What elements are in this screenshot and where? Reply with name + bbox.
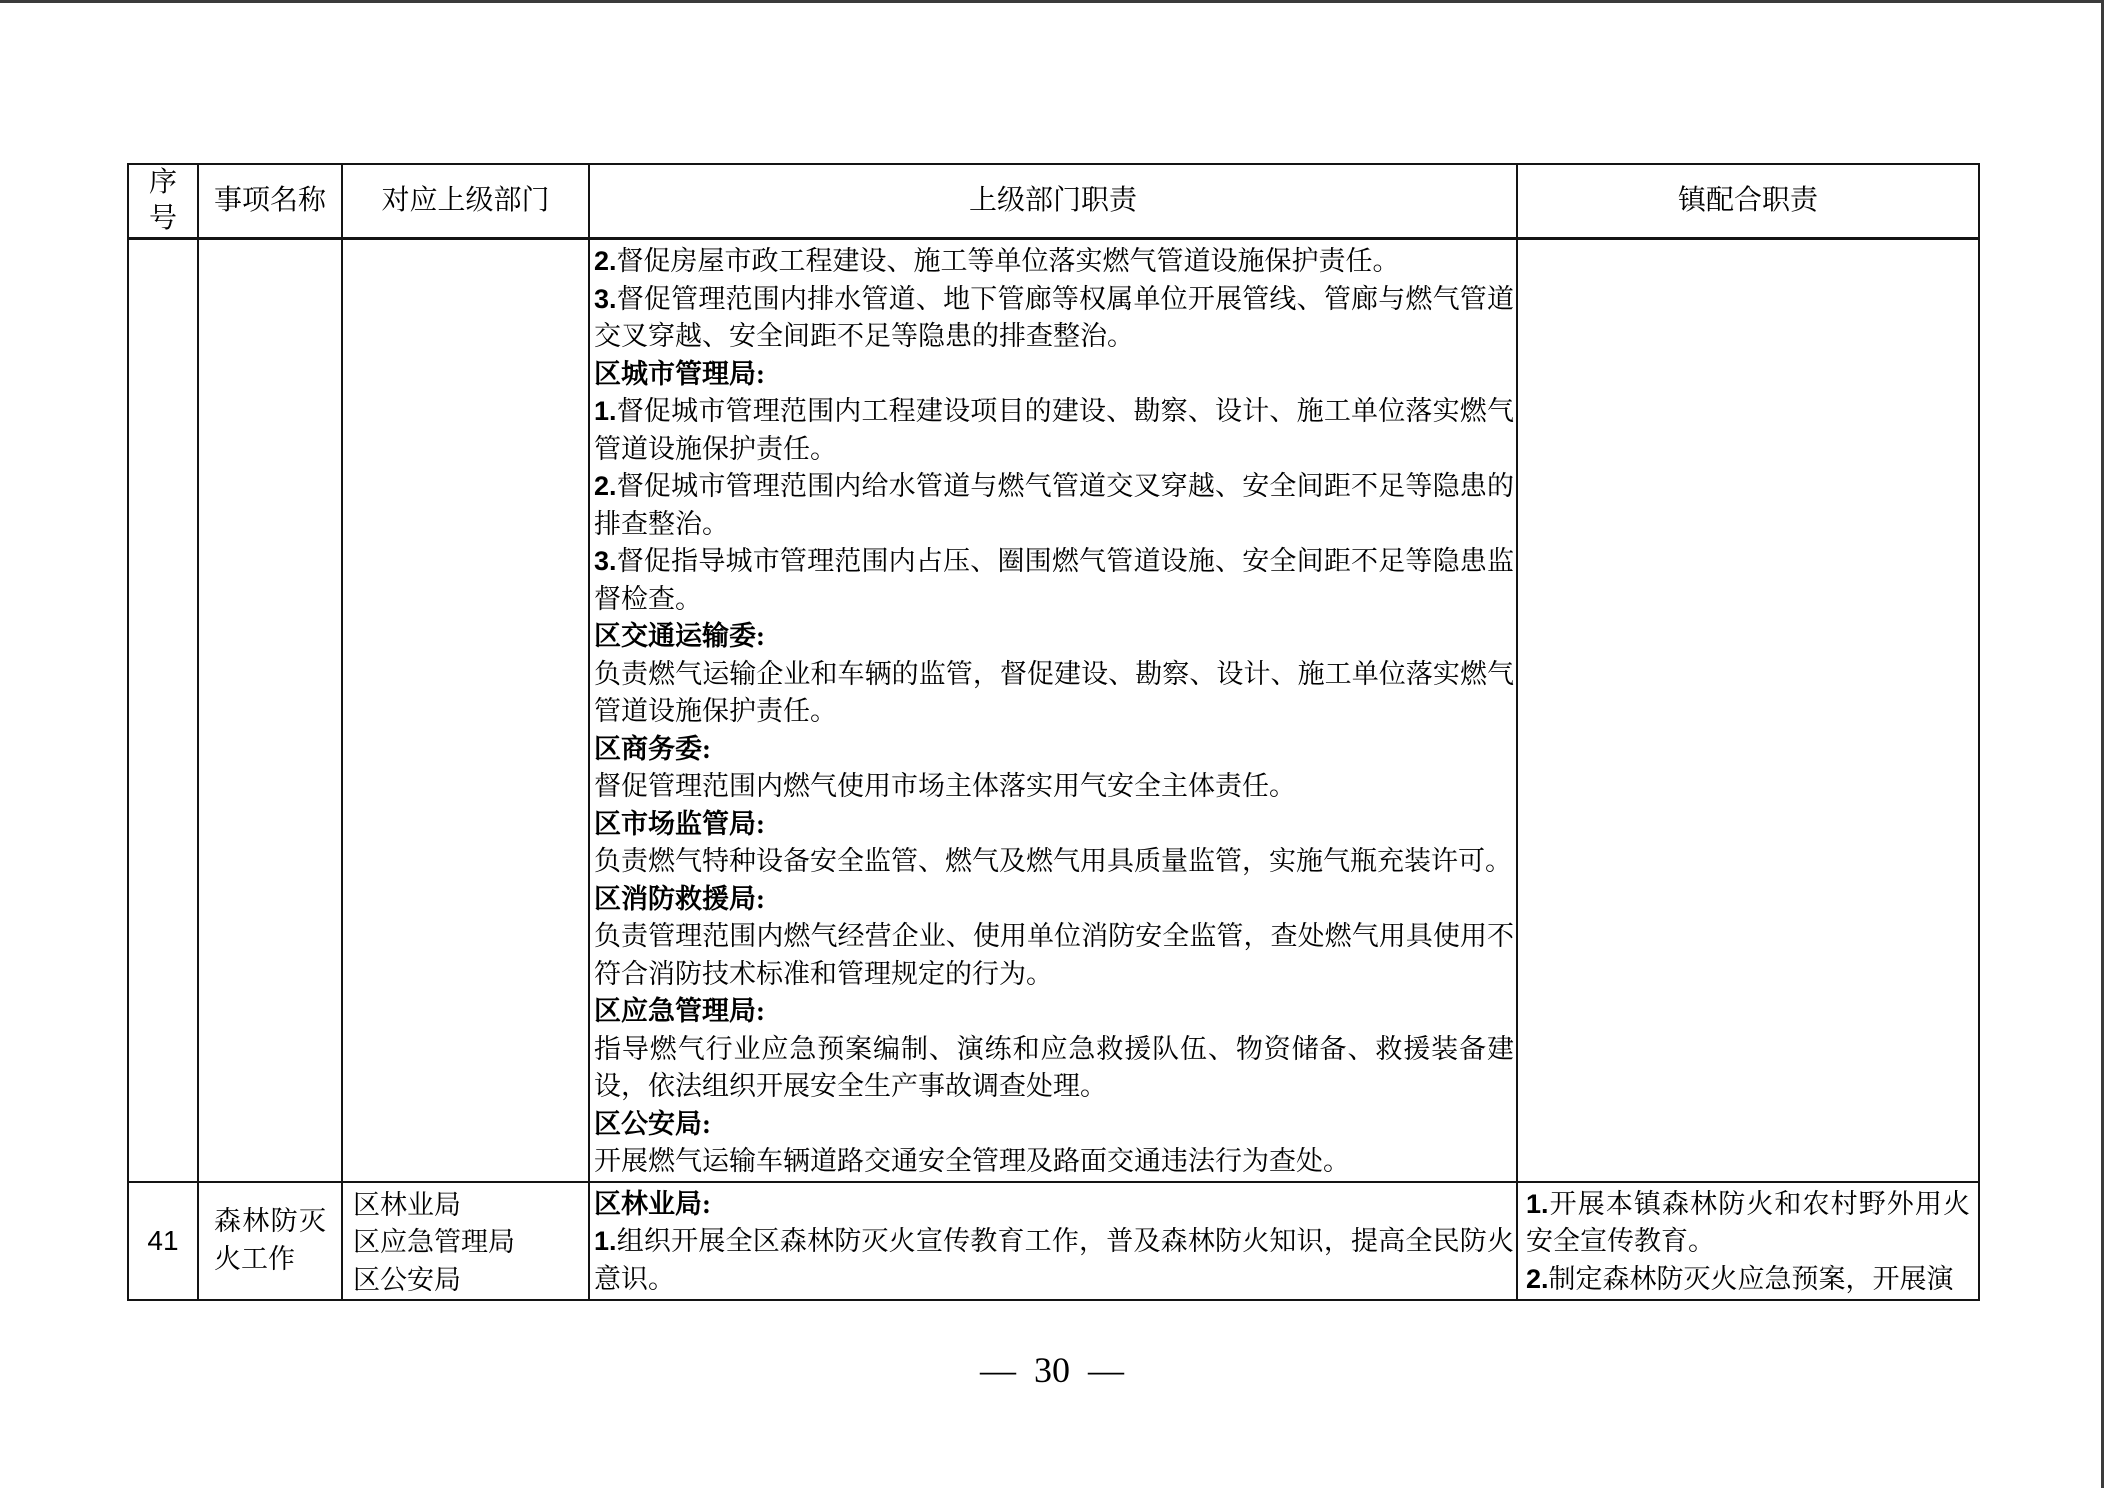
seq-cell: 41 [128, 1182, 198, 1301]
departments-cell [342, 239, 589, 1182]
superior-duties-cell: 2.督促房屋市政工程建设、施工等单位落实燃气管道设施保护责任。3.督促管理范围内… [589, 239, 1517, 1182]
item-name-cell [198, 239, 342, 1182]
town-duties-cell [1517, 239, 1979, 1182]
duty-paragraph: 3.督促指导城市管理范围内占压、圈围燃气管道设施、安全间距不足等隐患监督检查。 [594, 543, 1514, 618]
duty-paragraph: 1.组织开展全区森林防灭火宣传教育工作，普及森林防火知识，提高全民防火意识。 [594, 1223, 1514, 1298]
document-page: 序号 事项名称 对应上级部门 上级部门职责 镇配合职责 2.督促房屋市政工程建设… [0, 0, 2104, 1488]
item-name-text: 森林防灭火工作 [214, 1203, 326, 1278]
department-heading: 区城市管理局: [594, 356, 1514, 394]
header-seq: 序号 [128, 164, 198, 239]
department-heading: 区交通运输委: [594, 618, 1514, 656]
duty-paragraph: 负责管理范围内燃气经营企业、使用单位消防安全监管，查处燃气用具使用不符合消防技术… [594, 918, 1514, 993]
seq-cell [128, 239, 198, 1182]
department-heading: 区公安局: [594, 1106, 1514, 1144]
header-item-name: 事项名称 [198, 164, 342, 239]
duty-paragraph: 开展燃气运输车辆道路交通安全管理及路面交通违法行为查处。 [594, 1143, 1514, 1181]
duty-paragraph: 2.制定森林防灭火应急预案，开展演 [1526, 1261, 1970, 1299]
department-heading: 区商务委: [594, 731, 1514, 769]
header-town-duties: 镇配合职责 [1517, 164, 1979, 239]
table-header-row: 序号 事项名称 对应上级部门 上级部门职责 镇配合职责 [128, 164, 1979, 239]
duty-paragraph: 负责燃气运输企业和车辆的监管，督促建设、勘察、设计、施工单位落实燃气管道设施保护… [594, 656, 1514, 731]
duty-paragraph: 2.督促房屋市政工程建设、施工等单位落实燃气管道设施保护责任。 [594, 243, 1514, 281]
duty-paragraph: 督促管理范围内燃气使用市场主体落实用气安全主体责任。 [594, 768, 1514, 806]
header-superior-dept: 对应上级部门 [342, 164, 589, 239]
department-heading: 区应急管理局: [594, 993, 1514, 1031]
department-heading: 区林业局: [594, 1186, 1514, 1224]
duty-paragraph: 1.开展本镇森林防火和农村野外用火安全宣传教育。 [1526, 1186, 1970, 1261]
duty-paragraph: 2.督促城市管理范围内给水管道与燃气管道交叉穿越、安全间距不足等隐患的排查整治。 [594, 468, 1514, 543]
duty-paragraph: 区林业局 [353, 1187, 584, 1225]
duty-paragraph: 区公安局 [353, 1262, 584, 1300]
duty-paragraph: 负责燃气特种设备安全监管、燃气及燃气用具质量监管，实施气瓶充装许可。 [594, 843, 1514, 881]
table-row-continuation: 2.督促房屋市政工程建设、施工等单位落实燃气管道设施保护责任。3.督促管理范围内… [128, 239, 1979, 1182]
department-heading: 区消防救援局: [594, 881, 1514, 919]
item-name-cell: 森林防灭火工作 [198, 1182, 342, 1301]
header-superior-duties: 上级部门职责 [589, 164, 1517, 239]
top-edge-line [0, 0, 2104, 3]
table-row-41: 41 森林防灭火工作 区林业局区应急管理局区公安局 区林业局:1.组织开展全区森… [128, 1182, 1979, 1301]
superior-duties-cell: 区林业局:1.组织开展全区森林防灭火宣传教育工作，普及森林防火知识，提高全民防火… [589, 1182, 1517, 1301]
duty-paragraph: 区应急管理局 [353, 1224, 584, 1262]
duties-table: 序号 事项名称 对应上级部门 上级部门职责 镇配合职责 2.督促房屋市政工程建设… [127, 163, 1980, 1301]
town-duties-cell: 1.开展本镇森林防火和农村野外用火安全宣传教育。2.制定森林防灭火应急预案，开展… [1517, 1182, 1979, 1301]
duty-paragraph: 1.督促城市管理范围内工程建设项目的建设、勘察、设计、施工单位落实燃气管道设施保… [594, 393, 1514, 468]
page-number: — 30 — [0, 1350, 2104, 1390]
duty-paragraph: 3.督促管理范围内排水管道、地下管廊等权属单位开展管线、管廊与燃气管道交叉穿越、… [594, 281, 1514, 356]
departments-cell: 区林业局区应急管理局区公安局 [342, 1182, 589, 1301]
header-seq-label: 序号 [147, 165, 179, 237]
duty-paragraph: 指导燃气行业应急预案编制、演练和应急救援队伍、物资储备、救援装备建设，依法组织开… [594, 1031, 1514, 1106]
department-heading: 区市场监管局: [594, 806, 1514, 844]
